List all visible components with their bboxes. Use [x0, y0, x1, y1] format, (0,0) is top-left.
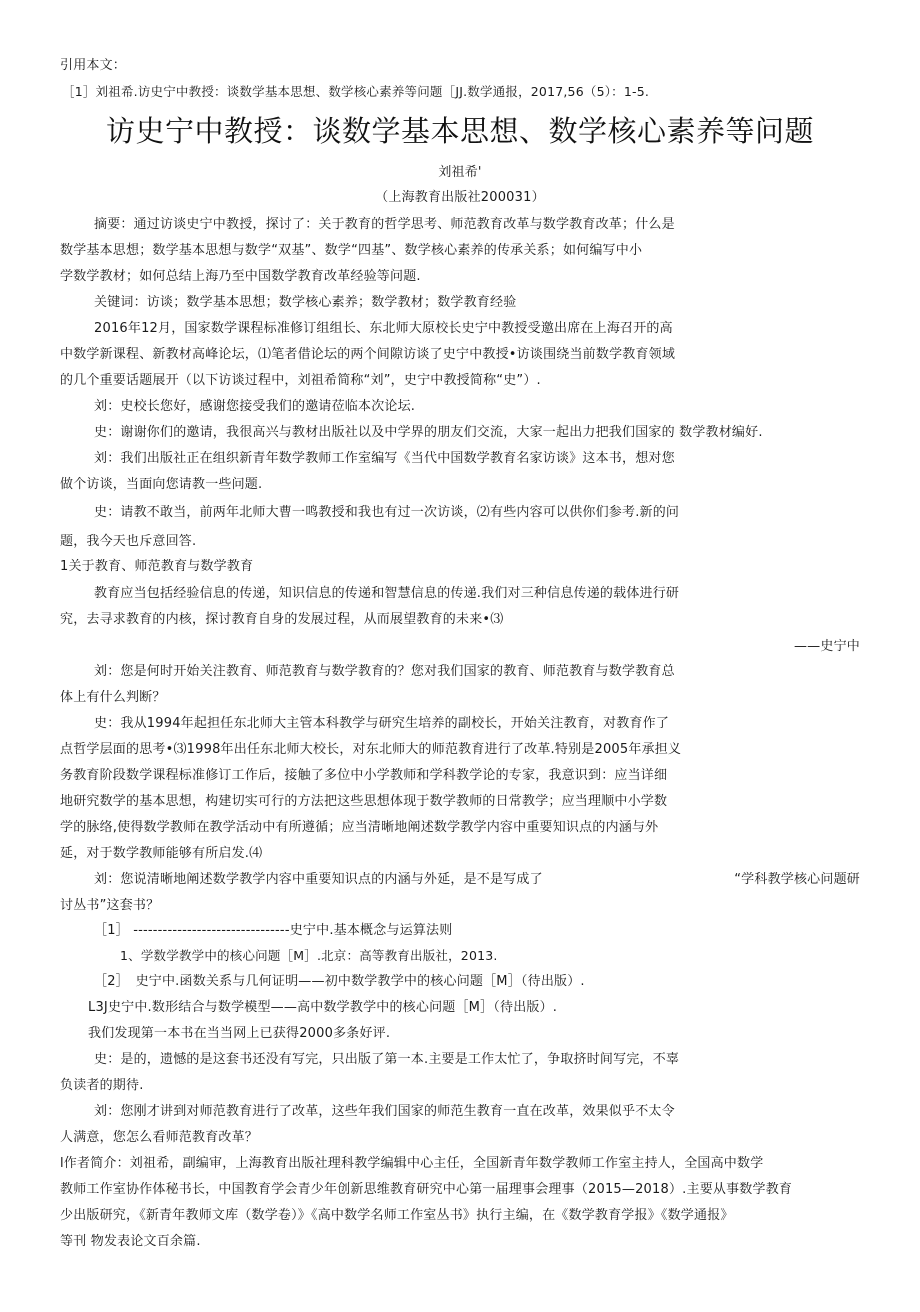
reference-item: ［2］ 史宁中.函数关系与几何证明——初中数学教学中的核心问题［M］（待出版）.	[94, 974, 585, 990]
section-heading: 1关于教育、师范教育与数学教育	[60, 559, 253, 575]
text-line: 务教育阶段数学课程标准修订工作后，接触了多位中小学教师和学科教学论的专家，我意识…	[60, 768, 667, 784]
abstract-line: 摘要：通过访谈史宁中教授，探讨了：关于教育的哲学思考、师范教育改革与数学教育改革…	[94, 217, 675, 233]
text-line: 做个访谈，当面向您请教一些问题.	[60, 477, 262, 493]
text-line: 史：我从1994年起担任东北师大主管本科教学与研究生培养的副校长，开始关注教育，…	[94, 716, 669, 732]
abstract-line: 学数学教材；如何总结上海乃至中国数学教育改革经验等问题.	[60, 269, 421, 285]
text-line: 刘：我们出版社正在组织新青年数学教师工作室编写《当代中国数学教育名家访谈》这本书…	[94, 451, 675, 467]
text-line: 中数学新课程、新教材高峰论坛，⑴笔者借论坛的两个间隙访谈了史宁中教授•访谈围绕当…	[60, 347, 675, 363]
keywords: 关键词：访谈；数学基本思想；数学核心素养；数学教材；数学教育经验	[94, 295, 516, 311]
citation-reference: ［1］刘祖希.访史宁中教授：谈数学基本思想、数学核心素养等问题［JJ.数学通报，…	[62, 84, 649, 100]
article-title: 访史宁中教授：谈数学基本思想、数学核心素养等问题	[0, 113, 920, 149]
text-line: 学的脉络,使得数学教师在教学活动中有所遵循；应当清晰地阐述数学教学内容中重要知识…	[60, 820, 658, 836]
text-line: l作者简介：刘祖希，副编审，上海教育出版社理科教学编辑中心主任，全国新青年数学教…	[60, 1156, 763, 1172]
text-line: 点哲学层面的思考•⑶1998年出任东北师大校长，对东北师大的师范教育进行了改革.…	[60, 742, 681, 758]
text-line: 究，去寻求教育的内核，探讨教育自身的发展过程，从而展望教育的未来•⑶	[60, 612, 503, 628]
text-line: 史：是的，遗憾的是这套书还没有写完，只出版了第一本.主要是工作太忙了，争取挤时间…	[94, 1052, 679, 1068]
text-line: 等刊 物发表论文百余篇.	[60, 1234, 201, 1250]
text-line: 地研究数学的基本思想，构建切实可行的方法把这些思想体现于数学教师的日常教学；应当…	[60, 794, 667, 810]
text-line: 我们发现第一本书在当当网上已获得2000多条好评.	[88, 1026, 390, 1042]
text-line: 2016年12月，国家数学课程标准修订组组长、东北师大原校长史宁中教授受邀出席在…	[94, 321, 673, 337]
citation-label: 引用本文：	[60, 58, 126, 74]
text-line: 史：请教不敢当，前两年北师大曹一鸣教授和我也有过一次访谈，⑵有些内容可以供你们参…	[94, 505, 679, 521]
dialog-liu-1: 刘：史校长您好，感谢您接受我们的邀请莅临本次论坛.	[94, 399, 415, 415]
text-line: 题，我今天也斥意回答.	[60, 534, 196, 550]
text-line: 体上有什么判断？	[60, 690, 166, 706]
text-line: 刘：您刚才讲到对师范教育进行了改革，这些年我们国家的师范生教育一直在改革，效果似…	[94, 1104, 675, 1120]
text-line: 人满意，您怎么看师范教育改革？	[60, 1130, 258, 1146]
text-line: 少出版研究，《新青年教师文库（数学卷）》《高中数学名师工作室丛书》执行主编，在《…	[60, 1208, 734, 1224]
abstract-line: 数学基本思想；数学基本思想与数学“双基”、数学“四基”、数学核心素养的传承关系；…	[60, 243, 642, 259]
text-line: “学科教学核心问题研	[734, 872, 860, 888]
author-affiliation: （上海教育出版社200031）	[0, 190, 920, 206]
text-line: 延，对于数学教师能够有所启发.⑷	[60, 846, 262, 862]
dialog-shi-1: 史：谢谢你们的邀请，我很高兴与教材出版社以及中学界的朋友们交流，大家一起出力把我…	[94, 425, 763, 441]
text-line: 刘：您说清晰地阐述数学教学内容中重要知识点的内涵与外延，是不是写成了	[94, 872, 543, 888]
author-name: 刘祖希'	[0, 165, 920, 181]
text-line: 教育应当包括经验信息的传递，知识信息的传递和智慧信息的传递.我们对三种信息传递的…	[94, 586, 679, 602]
reference-item: 1、学数学教学中的核心问题［M］.北京：高等教育出版社，2013.	[120, 948, 498, 964]
reference-item: L3J史宁中.数形结合与数学模型——高中数学教学中的核心问题［M］（待出版）.	[88, 1000, 557, 1016]
text-line: 刘：您是何时开始关注教育、师范教育与数学教育的？您对我们国家的教育、师范教育与数…	[94, 664, 675, 680]
text-line: 讨丛书”这套书？	[60, 898, 159, 914]
text-line: 负读者的期待.	[60, 1078, 144, 1094]
epigraph-attribution: ——史宁中	[794, 639, 860, 655]
text-line: 的几个重要话题展开（以下访谈过程中，刘祖希简称“刘”，史宁中教授简称“史”）.	[60, 373, 541, 389]
reference-item: ［1］ --------------------------------史宁中.…	[94, 923, 452, 939]
text-line: 教师工作室协作体秘书长，中国教育学会青少年创新思维教育研究中心第一届理事会理事（…	[60, 1182, 792, 1198]
